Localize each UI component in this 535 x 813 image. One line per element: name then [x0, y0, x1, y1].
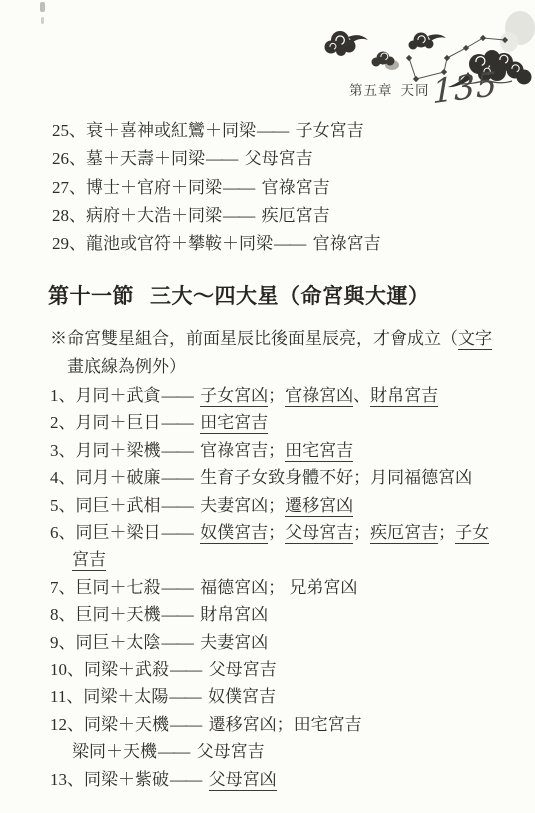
lower-list: 1、月同＋武貪——子女宮凶；官祿宮凶、財帛宮吉 2、月同＋巨日——田宅宮吉 3、…: [50, 382, 489, 793]
item-number: 10、: [50, 660, 84, 679]
item-number: 4、: [50, 468, 76, 487]
chapter-header: 第五章天同: [349, 79, 430, 99]
list-item: 29、龍池或官符＋攀鞍＋同梁——官祿宮吉: [52, 230, 381, 258]
chapter-star-label: 天同: [401, 83, 430, 98]
list-item: 12、同梁＋天機——遷移宮凶；田宅宮吉: [50, 711, 489, 738]
note: ※命宮雙星組合，前面星辰比後面星辰亮，才會成立（文字 畫底線為例外）: [50, 325, 492, 381]
item-number: 5、: [50, 496, 76, 515]
dash-separator: ——: [223, 206, 254, 225]
dash-separator: ——: [170, 770, 201, 789]
list-item: 3、月同＋梁機——官祿宮吉；田宅宮吉: [50, 437, 489, 464]
list-item: 5、同巨＋武相——夫妻宮凶；遷移宮凶: [50, 492, 489, 519]
note-marker: ※: [50, 329, 67, 348]
star-combination: 同巨＋武相: [76, 496, 161, 515]
item-number: 1、: [50, 386, 76, 405]
list-item: 13、同梁＋紫破——父母宮凶: [50, 766, 489, 793]
item-number: 6、: [50, 523, 76, 542]
star-combination: 博士＋官府＋同梁: [86, 178, 222, 197]
item-number: 27、: [52, 178, 86, 197]
result-text: 田宅宮吉: [200, 413, 268, 432]
result-text: 宮吉: [72, 550, 106, 571]
list-item: 8、巨同＋天機——財帛宮凶: [50, 601, 489, 628]
star-combination: 同梁＋天機: [84, 715, 169, 734]
result-text: 官祿宮吉；田宅宮吉: [200, 441, 353, 460]
list-item: 27、博士＋官府＋同梁——官祿宮吉: [52, 174, 381, 202]
dash-separator: ——: [162, 633, 193, 652]
dash-separator: ——: [162, 605, 193, 624]
faint-cloud-icon: [500, 11, 535, 52]
item-number: 12、: [50, 715, 84, 734]
star-combination: 同梁＋太陽: [83, 687, 168, 706]
note-text: 命宮雙星組合，前面星辰比後面星辰亮，才會成立（: [67, 329, 458, 348]
result-text: 父母宮吉: [197, 742, 265, 761]
scan-artifact: [41, 17, 44, 24]
list-item: 2、月同＋巨日——田宅宮吉: [50, 409, 489, 436]
result-text: 夫妻宮凶；遷移宮凶: [200, 496, 353, 515]
result-text: 夫妻宮凶: [200, 633, 268, 652]
cloud-icon: [372, 52, 400, 71]
result-text: 財帛宮凶: [200, 605, 268, 624]
result-text: 官祿宮吉: [313, 234, 381, 253]
list-item: 9、同巨＋太陰——夫妻宮凶: [50, 629, 489, 656]
item-number: 28、: [52, 206, 86, 225]
star-combination: 墓＋天壽＋同梁: [86, 149, 205, 168]
item-number: 13、: [50, 770, 84, 789]
result-text: 子女宮凶；官祿宮凶、財帛宮吉: [200, 386, 438, 405]
cloud-icon: [409, 33, 447, 50]
result-text: 生育子女致身體不好；月同福德宮凶: [200, 468, 472, 487]
star-combination: 同巨＋太陰: [76, 633, 161, 652]
list-item-continuation: 宮吉: [50, 546, 489, 573]
upper-list: 25、衰＋喜神或紅鸞＋同梁——子女宮吉 26、墓＋天壽＋同梁——父母宮吉 27、…: [52, 117, 381, 258]
list-item: 10、同梁＋武殺——父母宮吉: [50, 656, 489, 683]
star-combination: 龍池或官符＋攀鞍＋同梁: [86, 234, 273, 253]
cloud-icon: [325, 31, 369, 56]
star-combination: 巨同＋七殺: [76, 578, 161, 597]
list-item: 26、墓＋天壽＋同梁——父母宮吉: [52, 145, 381, 173]
star-combination: 巨同＋天機: [76, 605, 161, 624]
item-number: 2、: [50, 413, 76, 432]
result-text: 遷移宮凶；田宅宮吉: [209, 715, 362, 734]
note-text: 畫底線為例外）: [67, 357, 186, 376]
star-combination: 同月＋破廉: [76, 468, 161, 487]
list-item: 11、同梁＋太陽——奴僕宮吉: [50, 683, 489, 710]
scan-artifact: [40, 2, 45, 12]
result-text: 福德宮凶； 兄弟宮凶: [200, 578, 357, 597]
section-number: 第十一節: [48, 284, 134, 308]
list-item-continuation: 梁同＋天機——父母宮吉: [50, 738, 489, 765]
dash-separator: ——: [257, 121, 288, 140]
item-number: 9、: [50, 633, 76, 652]
note-line: ※命宮雙星組合，前面星辰比後面星辰亮，才會成立（文字: [50, 325, 492, 353]
dash-separator: ——: [170, 660, 201, 679]
dash-separator: ——: [162, 523, 193, 542]
item-number: 8、: [50, 605, 76, 624]
list-item: 7、巨同＋七殺——福德宮凶； 兄弟宮凶: [50, 574, 489, 601]
dash-separator: ——: [223, 178, 254, 197]
star-combination: 同巨＋梁日: [76, 523, 161, 542]
dash-separator: ——: [274, 234, 305, 253]
list-item: 28、病府＋大浩＋同梁——疾厄宮吉: [52, 202, 381, 230]
dash-separator: ——: [170, 715, 201, 734]
star-combination: 病府＋大浩＋同梁: [86, 206, 222, 225]
dash-separator: ——: [162, 413, 193, 432]
dash-separator: ——: [162, 578, 193, 597]
note-line: 畫底線為例外）: [50, 353, 492, 381]
result-text: 父母宮吉: [209, 660, 277, 679]
result-text: 疾厄宮吉: [262, 206, 330, 225]
chapter-label: 第五章: [349, 83, 393, 98]
result-text: 官祿宮吉: [262, 178, 330, 197]
list-item: 4、同月＋破廉——生育子女致身體不好；月同福德宮凶: [50, 464, 489, 491]
dash-separator: ——: [206, 149, 237, 168]
item-number: 7、: [50, 578, 76, 597]
star-combination: 同梁＋武殺: [84, 660, 169, 679]
star-combination: 同梁＋紫破: [84, 770, 169, 789]
dash-separator: ——: [162, 441, 193, 460]
list-item: 25、衰＋喜神或紅鸞＋同梁——子女宮吉: [52, 117, 381, 145]
section-title: 三大～四大星（命宮與大運）: [150, 284, 430, 308]
dash-separator: ——: [169, 687, 200, 706]
page-number: 135: [432, 64, 498, 111]
star-combination: 梁同＋天機: [72, 742, 157, 761]
star-combination: 月同＋武貪: [76, 386, 161, 405]
result-text: 奴僕宮吉: [208, 687, 276, 706]
item-number: 26、: [52, 149, 86, 168]
dash-separator: ——: [162, 496, 193, 515]
result-text: 奴僕宮吉；父母宮吉；疾厄宮吉；子女: [200, 523, 489, 542]
dash-separator: ——: [158, 742, 189, 761]
list-item: 6、同巨＋梁日——奴僕宮吉；父母宮吉；疾厄宮吉；子女: [50, 519, 489, 546]
star-combination: 月同＋巨日: [76, 413, 161, 432]
star-combination: 衰＋喜神或紅鸞＋同梁: [86, 121, 256, 140]
dash-separator: ——: [162, 386, 193, 405]
result-text: 父母宮吉: [245, 149, 313, 168]
dash-separator: ——: [162, 468, 193, 487]
item-number: 29、: [52, 234, 86, 253]
book-page: 第五章天同 135 25、衰＋喜神或紅鸞＋同梁——子女宮吉 26、墓＋天壽＋同梁…: [0, 0, 535, 813]
section-heading: 第十一節三大～四大星（命宮與大運）: [48, 282, 430, 310]
item-number: 25、: [52, 121, 86, 140]
item-number: 11、: [50, 687, 83, 706]
item-number: 3、: [50, 441, 76, 460]
result-text: 子女宮吉: [296, 121, 364, 140]
result-text: 父母宮凶: [209, 770, 277, 789]
note-underlined-text: 文字: [458, 329, 492, 350]
list-item: 1、月同＋武貪——子女宮凶；官祿宮凶、財帛宮吉: [50, 382, 489, 409]
star-combination: 月同＋梁機: [76, 441, 161, 460]
